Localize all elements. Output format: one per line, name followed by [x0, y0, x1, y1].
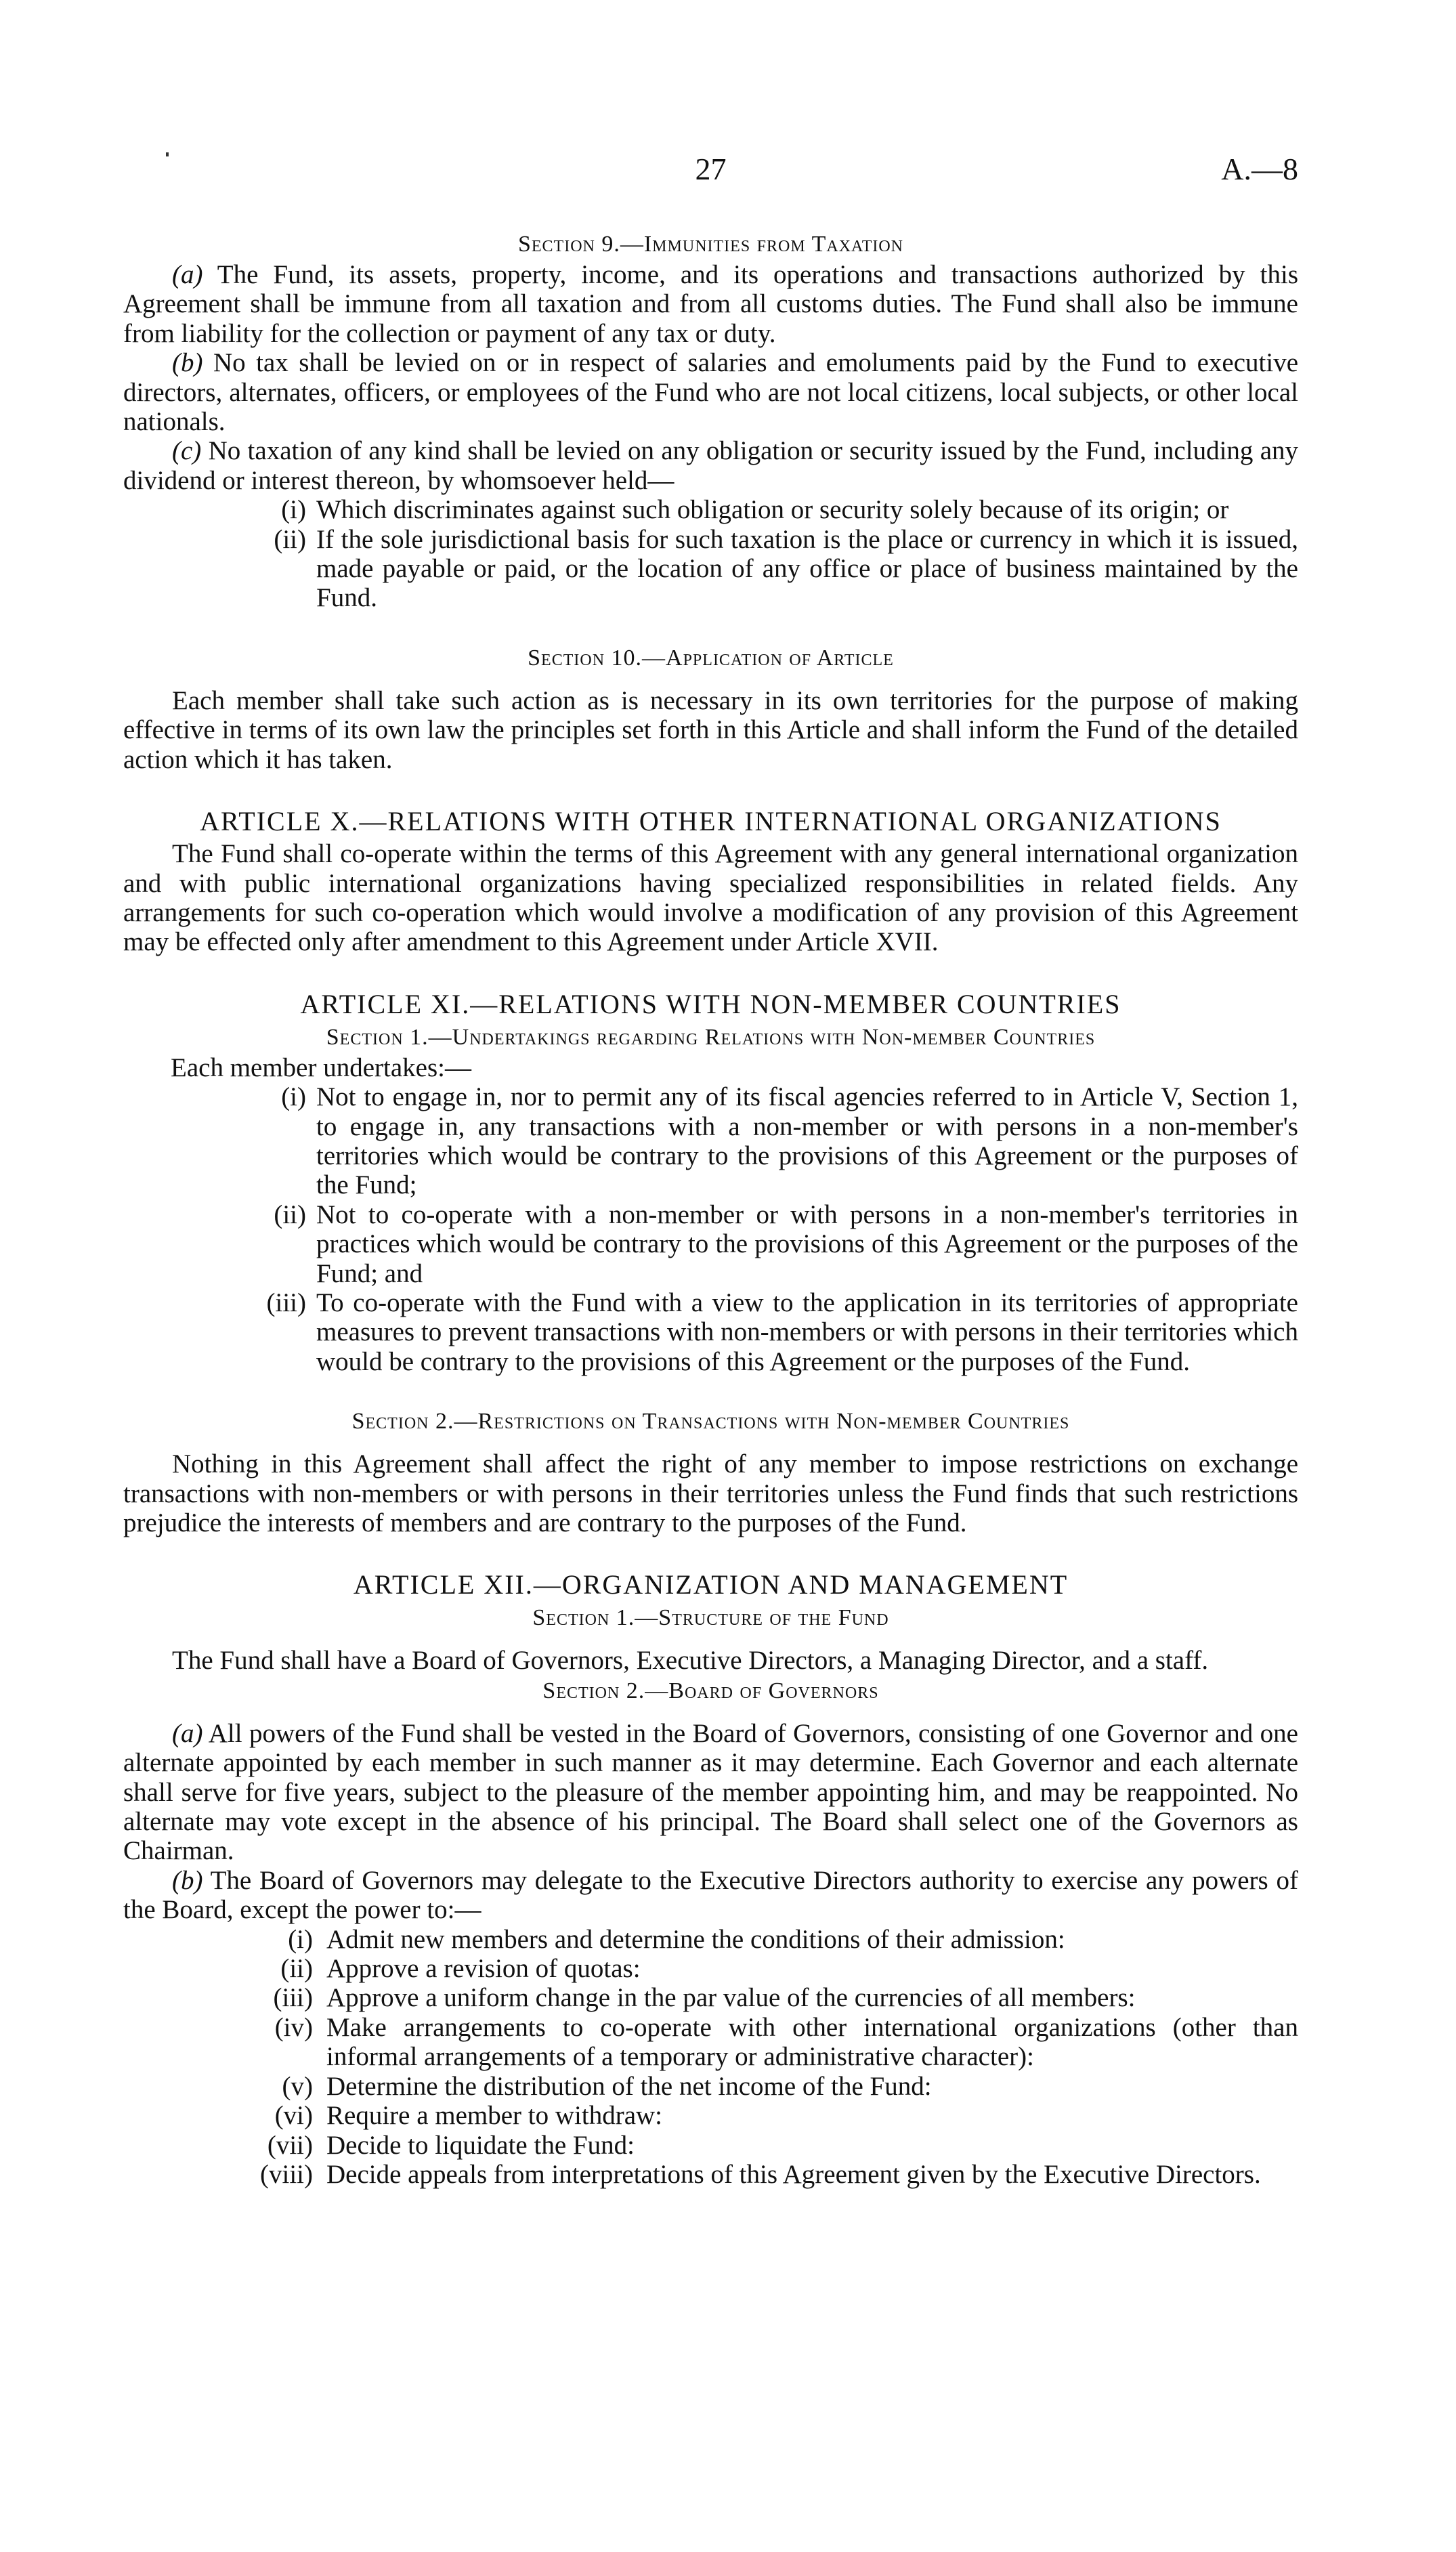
- article-x-text: The Fund shall co-operate within the ter…: [123, 839, 1298, 957]
- section-9-para-b: (b) No tax shall be levied on or in resp…: [123, 348, 1298, 436]
- article-xi-section-2-text: Nothing in this Agreement shall affect t…: [123, 1449, 1298, 1537]
- list-item: (viii)Decide appeals from interpretation…: [123, 2160, 1298, 2189]
- list-item: (ii)Approve a revision of quotas:: [123, 1954, 1298, 1983]
- list-item: (ii)If the sole jurisdictional basis for…: [123, 525, 1298, 613]
- article-xii-section-1-heading: Section 1.—Structure of the Fund: [123, 1602, 1298, 1634]
- section-9-para-a: (a) The Fund, its assets, property, inco…: [123, 260, 1298, 348]
- article-xi-section-2-heading: Section 2.—Restrictions on Transactions …: [123, 1406, 1298, 1437]
- list-item: (i)Admit new members and determine the c…: [123, 1925, 1298, 1954]
- article-xii-section-2-para-a: (a) All powers of the Fund shall be vest…: [123, 1719, 1298, 1866]
- section-10-heading: Section 10.—Application of Article: [123, 643, 1298, 674]
- list-item: (i)Not to engage in, nor to permit any o…: [123, 1082, 1298, 1200]
- article-xii-section-2-para-b: (b) The Board of Governors may delegate …: [123, 1866, 1298, 1925]
- para-label: (a): [172, 260, 202, 289]
- list-item: (iii)To co-operate with the Fund with a …: [123, 1288, 1298, 1376]
- list-item: (v)Determine the distribution of the net…: [123, 2072, 1298, 2101]
- section-9-heading: Section 9.—Immunities from Taxation: [123, 229, 1298, 260]
- list-item: (iv)Make arrangements to co-operate with…: [123, 2013, 1298, 2072]
- article-xii-section-2-heading: Section 2.—Board of Governors: [123, 1676, 1298, 1707]
- list-item: (ii)Not to co-operate with a non-member …: [123, 1200, 1298, 1288]
- list-item: (iii)Approve a uniform change in the par…: [123, 1983, 1298, 2012]
- document-body: Section 9.—Immunities from Taxation (a) …: [123, 229, 1298, 2189]
- article-x-heading: ARTICLE X.—RELATIONS WITH OTHER INTERNAT…: [123, 804, 1298, 839]
- list-item: (i)Which discriminates against such obli…: [123, 495, 1298, 524]
- para-label: (c): [172, 436, 201, 465]
- page-number: 27: [123, 150, 1298, 188]
- para-label: (b): [172, 348, 202, 377]
- section-10-text: Each member shall take such action as is…: [123, 686, 1298, 774]
- article-xi-heading: ARTICLE XI.—RELATIONS WITH NON-MEMBER CO…: [123, 987, 1298, 1022]
- para-label: (b): [172, 1866, 202, 1895]
- article-xii-section-1-text: The Fund shall have a Board of Governors…: [123, 1646, 1298, 1675]
- section-9-para-c: (c) No taxation of any kind shall be lev…: [123, 436, 1298, 495]
- document-reference: A.—8: [1221, 150, 1298, 188]
- list-item: (vii)Decide to liquidate the Fund:: [123, 2131, 1298, 2160]
- article-xi-section-1-heading: Section 1.—Undertakings regarding Relati…: [123, 1022, 1298, 1053]
- list-item: (vi)Require a member to withdraw:: [123, 2101, 1298, 2130]
- para-label: (a): [172, 1719, 202, 1748]
- article-xii-heading: ARTICLE XII.—ORGANIZATION AND MANAGEMENT: [123, 1567, 1298, 1602]
- article-xi-intro: Each member undertakes:—: [123, 1053, 1298, 1082]
